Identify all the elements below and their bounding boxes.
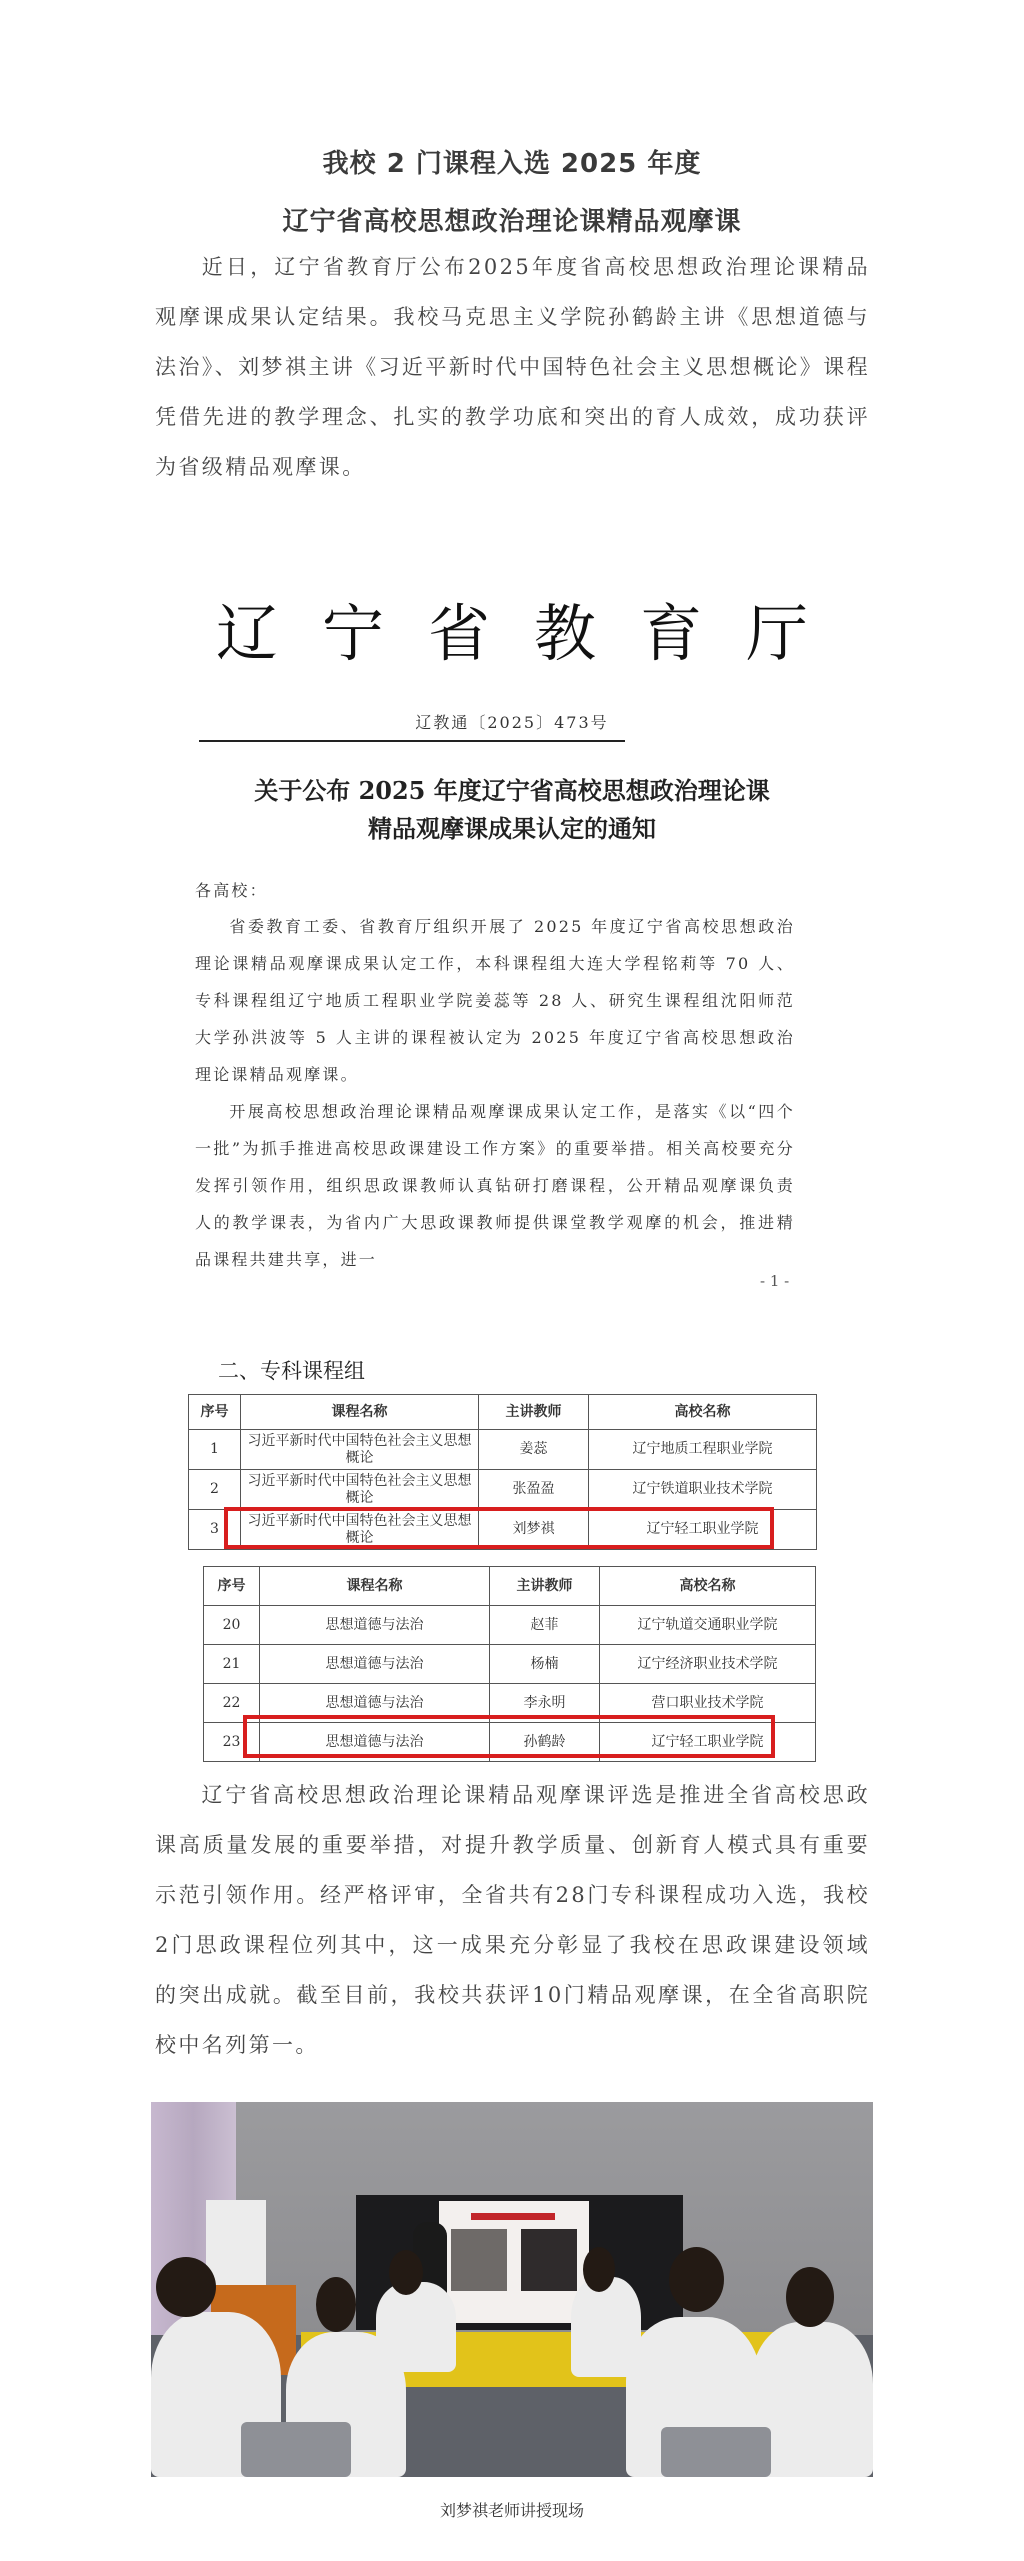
cell-school: 辽宁经济职业技术学院 <box>600 1645 816 1684</box>
photo-caption: 刘梦祺老师讲授现场 <box>0 2498 1024 2521</box>
cell-course: 习近平新时代中国特色社会主义思想概论 <box>241 1430 479 1470</box>
notice-divider <box>199 740 625 742</box>
course-table-1: 序号 课程名称 主讲教师 高校名称 1 习近平新时代中国特色社会主义思想概论 姜… <box>188 1394 817 1550</box>
header-teacher: 主讲教师 <box>479 1395 589 1430</box>
header-school: 高校名称 <box>600 1567 816 1606</box>
cell-school: 辽宁轨道交通职业学院 <box>600 1606 816 1645</box>
course-table-2: 序号 课程名称 主讲教师 高校名称 20 思想道德与法治 赵菲 辽宁轨道交通职业… <box>203 1566 816 1762</box>
cell-teacher: 张盈盈 <box>479 1470 589 1510</box>
notice-paragraph-1: 省委教育工委、省教育厅组织开展了 2025 年度辽宁省高校思想政治理论课精品观摩… <box>195 908 795 1093</box>
table-row: 1 习近平新时代中国特色社会主义思想概论 姜蕊 辽宁地质工程职业学院 <box>189 1430 817 1470</box>
cell-teacher: 杨楠 <box>490 1645 600 1684</box>
table-row-highlighted: 3 习近平新时代中国特色社会主义思想概论 刘梦祺 辽宁轻工职业学院 <box>189 1510 817 1550</box>
closing-text: 辽宁省高校思想政治理论课精品观摩课评选是推进全省高校思政课高质量发展的重要举措，… <box>155 1783 870 2057</box>
notice-p2-text: 开展高校思想政治理论课精品观摩课成果认定工作，是落实《以“四个一批”为抓手推进高… <box>195 1102 795 1269</box>
cell-no: 23 <box>204 1723 260 1762</box>
notice-page-number: - 1 - <box>760 1272 789 1290</box>
cell-course: 习近平新时代中国特色社会主义思想概论 <box>241 1510 479 1550</box>
cell-course: 思想道德与法治 <box>260 1606 490 1645</box>
intro-text: 近日，辽宁省教育厅公布2025年度省高校思想政治理论课精品观摩课成果认定结果。我… <box>155 255 870 479</box>
cell-course: 思想道德与法治 <box>260 1645 490 1684</box>
cell-no: 2 <box>189 1470 241 1510</box>
cell-no: 21 <box>204 1645 260 1684</box>
article-title-line1: 我校 2 门课程入选 2025 年度 <box>0 143 1024 180</box>
notice-paragraph-2: 开展高校思想政治理论课精品观摩课成果认定工作，是落实《以“四个一批”为抓手推进高… <box>195 1093 795 1278</box>
notice-issuer: 辽宁省教育厅 <box>0 584 1024 673</box>
course-section-heading: 二、专科课程组 <box>218 1355 365 1385</box>
cell-teacher: 孙鹤龄 <box>490 1723 600 1762</box>
header-no: 序号 <box>204 1567 260 1606</box>
table-row: 21 思想道德与法治 杨楠 辽宁经济职业技术学院 <box>204 1645 816 1684</box>
intro-paragraph: 近日，辽宁省教育厅公布2025年度省高校思想政治理论课精品观摩课成果认定结果。我… <box>155 242 870 492</box>
cell-school: 辽宁轻工职业学院 <box>589 1510 817 1550</box>
cell-teacher: 刘梦祺 <box>479 1510 589 1550</box>
cell-no: 22 <box>204 1684 260 1723</box>
table-row: 22 思想道德与法治 李永明 营口职业技术学院 <box>204 1684 816 1723</box>
header-course: 课程名称 <box>241 1395 479 1430</box>
closing-paragraph: 辽宁省高校思想政治理论课精品观摩课评选是推进全省高校思政课高质量发展的重要举措，… <box>155 1770 870 2070</box>
cell-no: 1 <box>189 1430 241 1470</box>
cell-school: 辽宁铁道职业技术学院 <box>589 1470 817 1510</box>
cell-school: 营口职业技术学院 <box>600 1684 816 1723</box>
notice-doc-number: 辽教通〔2025〕473号 <box>0 710 1024 733</box>
cell-no: 20 <box>204 1606 260 1645</box>
table-row: 20 思想道德与法治 赵菲 辽宁轨道交通职业学院 <box>204 1606 816 1645</box>
cell-school: 辽宁轻工职业学院 <box>600 1723 816 1762</box>
header-school: 高校名称 <box>589 1395 817 1430</box>
header-course: 课程名称 <box>260 1567 490 1606</box>
classroom-photo <box>151 2102 873 2477</box>
notice-salutation: 各高校： <box>195 872 795 909</box>
header-teacher: 主讲教师 <box>490 1567 600 1606</box>
cell-teacher: 赵菲 <box>490 1606 600 1645</box>
notice-p1-text: 省委教育工委、省教育厅组织开展了 2025 年度辽宁省高校思想政治理论课精品观摩… <box>195 917 795 1084</box>
table-header-row: 序号 课程名称 主讲教师 高校名称 <box>189 1395 817 1430</box>
table-row-highlighted: 23 思想道德与法治 孙鹤龄 辽宁轻工职业学院 <box>204 1723 816 1762</box>
cell-school: 辽宁地质工程职业学院 <box>589 1430 817 1470</box>
cell-course: 思想道德与法治 <box>260 1684 490 1723</box>
cell-teacher: 李永明 <box>490 1684 600 1723</box>
cell-teacher: 姜蕊 <box>479 1430 589 1470</box>
notice-title-line1: 关于公布 2025 年度辽宁省高校思想政治理论课 <box>0 772 1024 810</box>
table-header-row: 序号 课程名称 主讲教师 高校名称 <box>204 1567 816 1606</box>
header-no: 序号 <box>189 1395 241 1430</box>
cell-course: 习近平新时代中国特色社会主义思想概论 <box>241 1470 479 1510</box>
article-title-line2: 辽宁省高校思想政治理论课精品观摩课 <box>0 201 1024 238</box>
notice-title-line2: 精品观摩课成果认定的通知 <box>0 810 1024 848</box>
cell-course: 思想道德与法治 <box>260 1723 490 1762</box>
table-row: 2 习近平新时代中国特色社会主义思想概论 张盈盈 辽宁铁道职业技术学院 <box>189 1470 817 1510</box>
notice-title: 关于公布 2025 年度辽宁省高校思想政治理论课 精品观摩课成果认定的通知 <box>0 772 1024 848</box>
cell-no: 3 <box>189 1510 241 1550</box>
